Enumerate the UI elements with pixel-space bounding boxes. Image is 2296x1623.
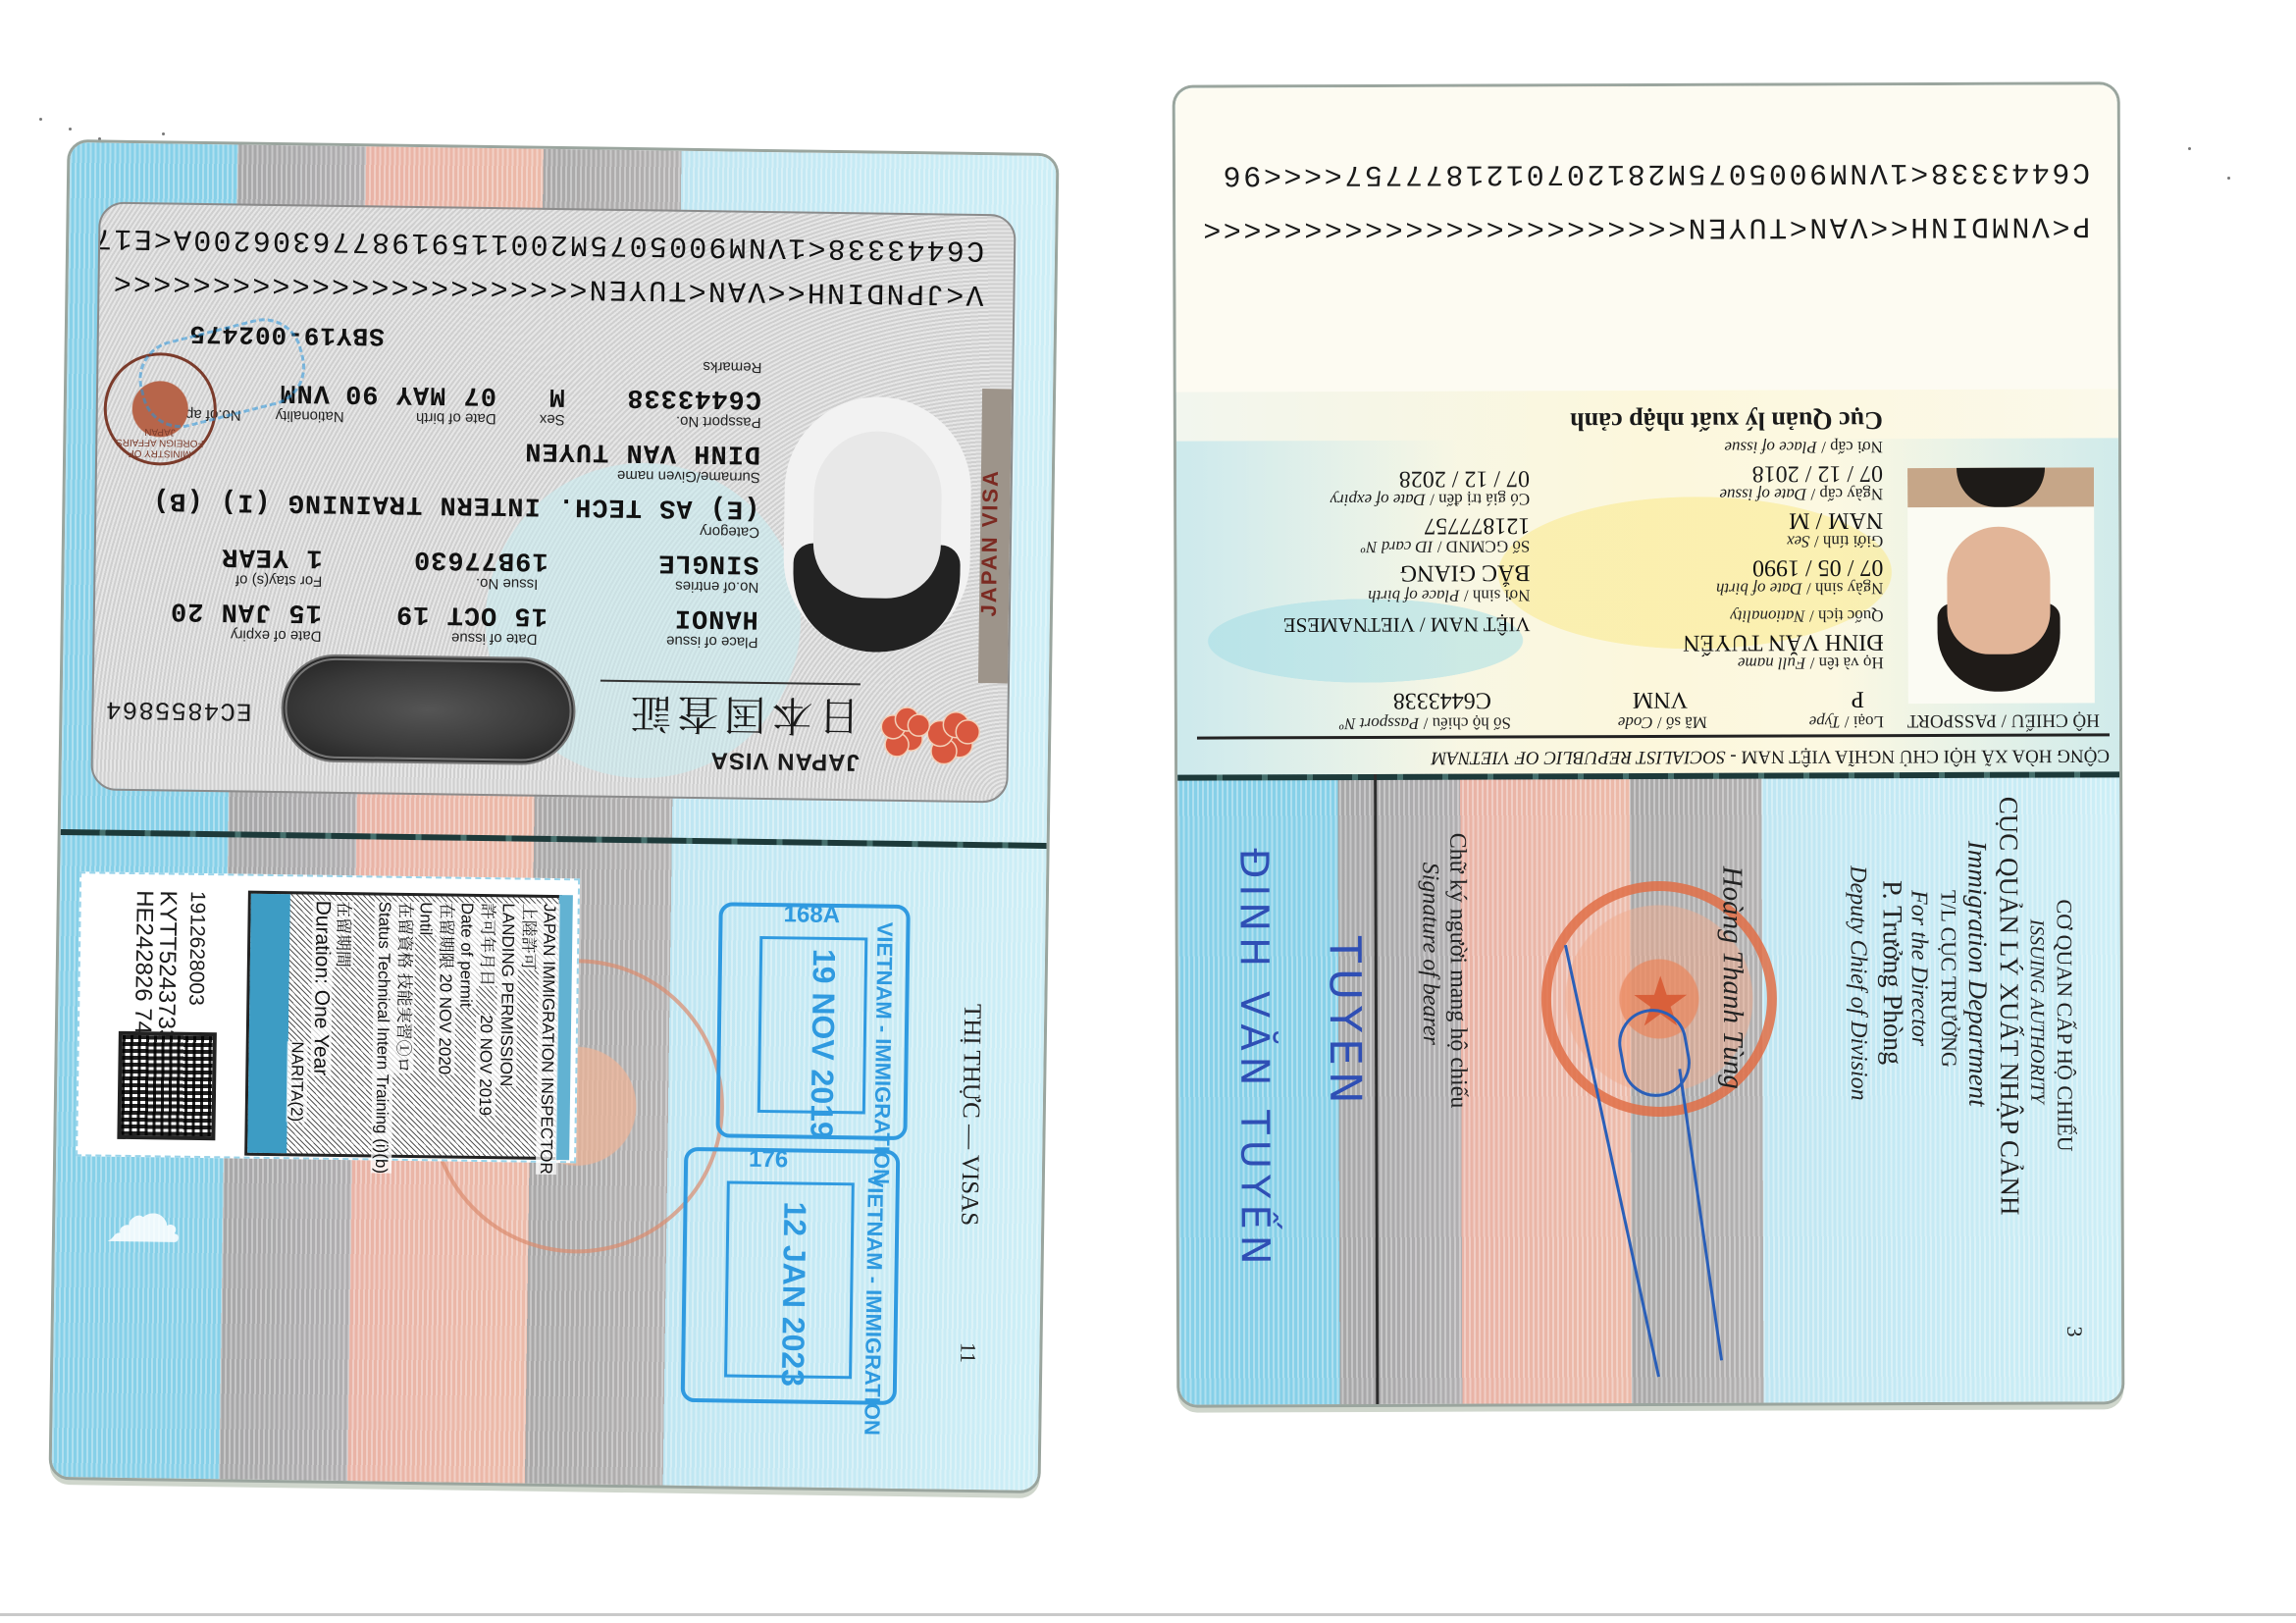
label-id-card: Số GCMND / ID card Nº <box>1361 536 1530 556</box>
officer-name: Hoàng Thanh Tùng <box>1717 866 1748 1089</box>
date-of-issue: 07 / 12 / 2018 <box>1752 459 1883 486</box>
label-dob: Date of birth <box>416 409 496 427</box>
doc-title: HỘ CHIẾU / PASSPORT <box>1907 708 2100 731</box>
for-director-en: For the Director <box>1905 890 1935 1046</box>
visa-band-text: JAPAN VISA <box>975 410 1005 675</box>
passport-bio-page: CỘNG HÒA XÃ HỘI CHỦ NGHĨA VIỆT NAM - SOC… <box>1175 84 2119 774</box>
for-director: T/L CỤC TRƯỞNG <box>1934 890 1964 1068</box>
seal-line: LANDING PERMISSION <box>496 903 519 1086</box>
label-place-of-issue: Nơi cấp / Place of issue <box>1724 437 1883 457</box>
bearer-signature-label: Chữ ký người mang hộ chiếu <box>1442 833 1473 1109</box>
place-of-issue: Cục Quản lý xuất nhập cảnh <box>1570 405 1883 436</box>
issuing-authority-heading: CƠ QUAN CẤP HỘ CHIẾU <box>2050 899 2080 1151</box>
sex: NAM / M <box>1789 506 1883 533</box>
scan-edge-line <box>0 1613 2296 1616</box>
entries: SINGLE <box>657 547 759 577</box>
id-card-number: 121877757 <box>1424 511 1530 538</box>
passport-type: P <box>1851 685 1863 711</box>
label-stay: For stay(s) of <box>235 571 323 589</box>
scan-speck <box>162 132 165 135</box>
passport-mrz-line-2: C6443338<1VNM9005075M2812070121877757<<<… <box>1221 154 2090 190</box>
seal-line: Date of permit <box>455 903 477 1008</box>
issuing-authority-heading-en: ISSUING AUTHORITY <box>2022 919 2053 1104</box>
label-dob: Ngày sinh / Date of birth <box>1716 578 1884 599</box>
sticker-serial: 1912628003 <box>183 891 209 1006</box>
dob: 07 MAY 90 <box>344 378 496 409</box>
scan-speck <box>2188 147 2191 150</box>
stamp-date: 19 NOV 2019 <box>803 949 842 1139</box>
cloud-motif-icon: ☁ <box>104 1169 183 1261</box>
label-passport-no: Passport No. <box>676 413 761 431</box>
label-nationality: Quốc tịch / Nationality <box>1730 605 1883 626</box>
seal-line: 許可年月日 <box>477 903 498 986</box>
label-date-of-issue: Date of issue <box>451 630 538 648</box>
label-passport-no: Số hộ chiếu / Passport Nº <box>1339 712 1511 733</box>
page-divider <box>1374 774 1379 1404</box>
status-line-en: Status Technical Intern Training (i)(b) <box>371 901 395 1174</box>
qr-code <box>117 1031 217 1140</box>
officer-title: P. Trưởng Phòng <box>1876 880 1906 1065</box>
label-date-of-expiry: Có giá trị đến / Date of expiry <box>1331 489 1531 509</box>
category: (E) AS TECH. INTERN TRAINING (I) (B) <box>152 485 760 523</box>
label-issue-no: Issue No. <box>476 575 539 593</box>
date-of-issue: 15 OCT 19 <box>395 599 548 630</box>
stamp-code: 168A <box>783 901 840 929</box>
visa-title: JAPAN VISA <box>709 746 860 775</box>
full-name: ĐINH VĂN TUYẾN <box>1683 628 1884 655</box>
page-number: 11 <box>955 1342 980 1364</box>
bearer-signature-label-en: Signature of bearer <box>1415 863 1445 1045</box>
department-name: CỤC QUẢN LÝ XUẤT NHẬP CẢNH <box>1994 797 2024 1216</box>
label-date-of-expiry: Date of expiry <box>231 626 322 644</box>
department-name-en: Immigration Department <box>1962 841 1993 1107</box>
nationality: VIỆT NAM / VIETNAMESE <box>1283 611 1531 637</box>
landing-permission-sticker: 1912628003 KYTT5243733 HE242826 74FA JAP… <box>76 871 580 1163</box>
passport-no: C6443338 <box>626 382 761 413</box>
label-place-of-issue: Place of issue <box>666 633 758 651</box>
label-full-name: Họ và tên / Full name <box>1738 653 1884 673</box>
seal-line: Until <box>415 902 436 935</box>
stay: 1 YEAR <box>221 541 323 571</box>
mrz-zone: P<VNMDINH<<VAN<TUYEN<<<<<<<<<<<<<<<<<<<<… <box>1175 84 2118 392</box>
passport-mrz-line-1: P<VNMDINH<<VAN<TUYEN<<<<<<<<<<<<<<<<<<<<… <box>1201 208 2091 244</box>
holder-photo <box>1907 467 2095 704</box>
scan-speck <box>69 128 72 131</box>
cherry-blossom-icon <box>871 690 990 780</box>
label-category: Category <box>700 523 759 541</box>
duration: Duration: One Year <box>310 901 333 1076</box>
scan-speck <box>39 118 42 121</box>
label-code: Mã số / Code <box>1618 712 1707 732</box>
label-type: Loại / Type <box>1809 711 1884 731</box>
label-pob: Nơi sinh / Place of birth <box>1368 585 1530 605</box>
entry-stamp-2: VIETNAM - IMMIGRATION 176 12 JAN 2023 <box>681 1147 901 1405</box>
stamp-code: 176 <box>749 1146 788 1175</box>
visa-mrz-line-2: C6443338<1VNM9005075M2001159198776306200… <box>92 220 985 266</box>
sex: M <box>548 381 566 410</box>
japan-visa-sticker: JAPAN VISA 日本国査証 EC4855864 JAPAN VISA Pl… <box>90 201 1016 803</box>
page-number: 3 <box>2061 1326 2087 1336</box>
officer-title-en: Deputy Chief of Division <box>1843 865 1873 1100</box>
seal-line: 上陸許可 <box>518 904 540 970</box>
republic-line: CỘNG HÒA XÃ HỘI CHỦ NGHĨA VIỆT NAM - SOC… <box>1197 733 2110 768</box>
until-date: 在留期限 20 NOV 2020 <box>434 902 456 1074</box>
issue-no: 19B77630 <box>413 544 548 575</box>
seal-line: 在留期間 <box>333 901 354 968</box>
right-passport-spread: CỘNG HÒA XÃ HỘI CHỦ NGHĨA VIỆT NAM - SOC… <box>1175 84 2122 1404</box>
label-entries: No.of entries <box>675 578 758 596</box>
issuing-authority-page: ★ CƠ QUAN CẤP HỘ CHIẾU ISSUING AUTHORITY… <box>1177 771 2121 1404</box>
status-line: 在留資格 技能実習①ロ <box>392 902 415 1073</box>
label-name: Surname/Given name <box>617 467 760 486</box>
scan-speck <box>98 137 101 140</box>
date-of-expiry: 15 JAN 20 <box>170 596 322 627</box>
country-code: VNM <box>1633 686 1688 712</box>
officer-signature-stroke <box>1678 1069 1723 1360</box>
page-heading: THỊ THỰC — VISAS <box>955 1004 985 1227</box>
label-nationality: Nationality <box>276 407 344 425</box>
visa-mrz-line-1: V<JPNDINH<<VAN<TUYEN<<<<<<<<<<<<<<<<<<<<… <box>111 265 983 310</box>
holder-name: DINH VAN TUYEN <box>524 436 760 468</box>
bearer-signature-1: TUYEN <box>1320 936 1371 1110</box>
bearer-signature-2: ĐINH VĂN TUYẾN <box>1230 848 1278 1270</box>
left-passport-spread: JAPAN VISA 日本国査証 EC4855864 JAPAN VISA Pl… <box>52 142 1057 1491</box>
label-date-of-issue: Ngày cấp / Date of issue <box>1719 484 1883 504</box>
place-of-issue: HANOI <box>674 602 758 633</box>
visa-stamps-page: VIỆT NAM ☁ 1912628003 KYTT5243733 HE2428… <box>52 834 1047 1491</box>
label-remarks: Remarks <box>703 358 761 376</box>
seal-line: JAPAN IMMIGRATION INSPECTOR <box>536 904 560 1175</box>
sticker-code-1: KYTT5243733 <box>154 890 180 1042</box>
label-sex: Giới tính / Sex <box>1787 531 1883 550</box>
permit-date: 20 NOV 2019 <box>475 1015 496 1116</box>
entry-stamp-1: VIETNAM - IMMIGRATION 168A 19 NOV 2019 <box>715 902 910 1140</box>
date-of-expiry: 07 / 12 / 2028 <box>1399 464 1530 491</box>
visa-number: EC4855864 <box>105 695 252 726</box>
passport-number: C6443338 <box>1393 687 1491 713</box>
stamp-date: 12 JAN 2023 <box>774 1201 813 1387</box>
landing-seal: JAPAN IMMIGRATION INSPECTOR 上陸許可 LANDING… <box>244 891 562 1160</box>
label-sex: Sex <box>540 411 565 428</box>
hologram-seal <box>281 654 577 765</box>
port-of-entry: NARITA(2) <box>287 1041 308 1122</box>
visa-holder-photo <box>782 395 972 654</box>
scan-speck <box>2227 177 2230 180</box>
date-of-birth: 07 / 05 / 1990 <box>1752 553 1883 580</box>
place-of-birth: BẮC GIANG <box>1400 558 1531 585</box>
visa-title-kanji: 日本国査証 <box>600 680 861 749</box>
